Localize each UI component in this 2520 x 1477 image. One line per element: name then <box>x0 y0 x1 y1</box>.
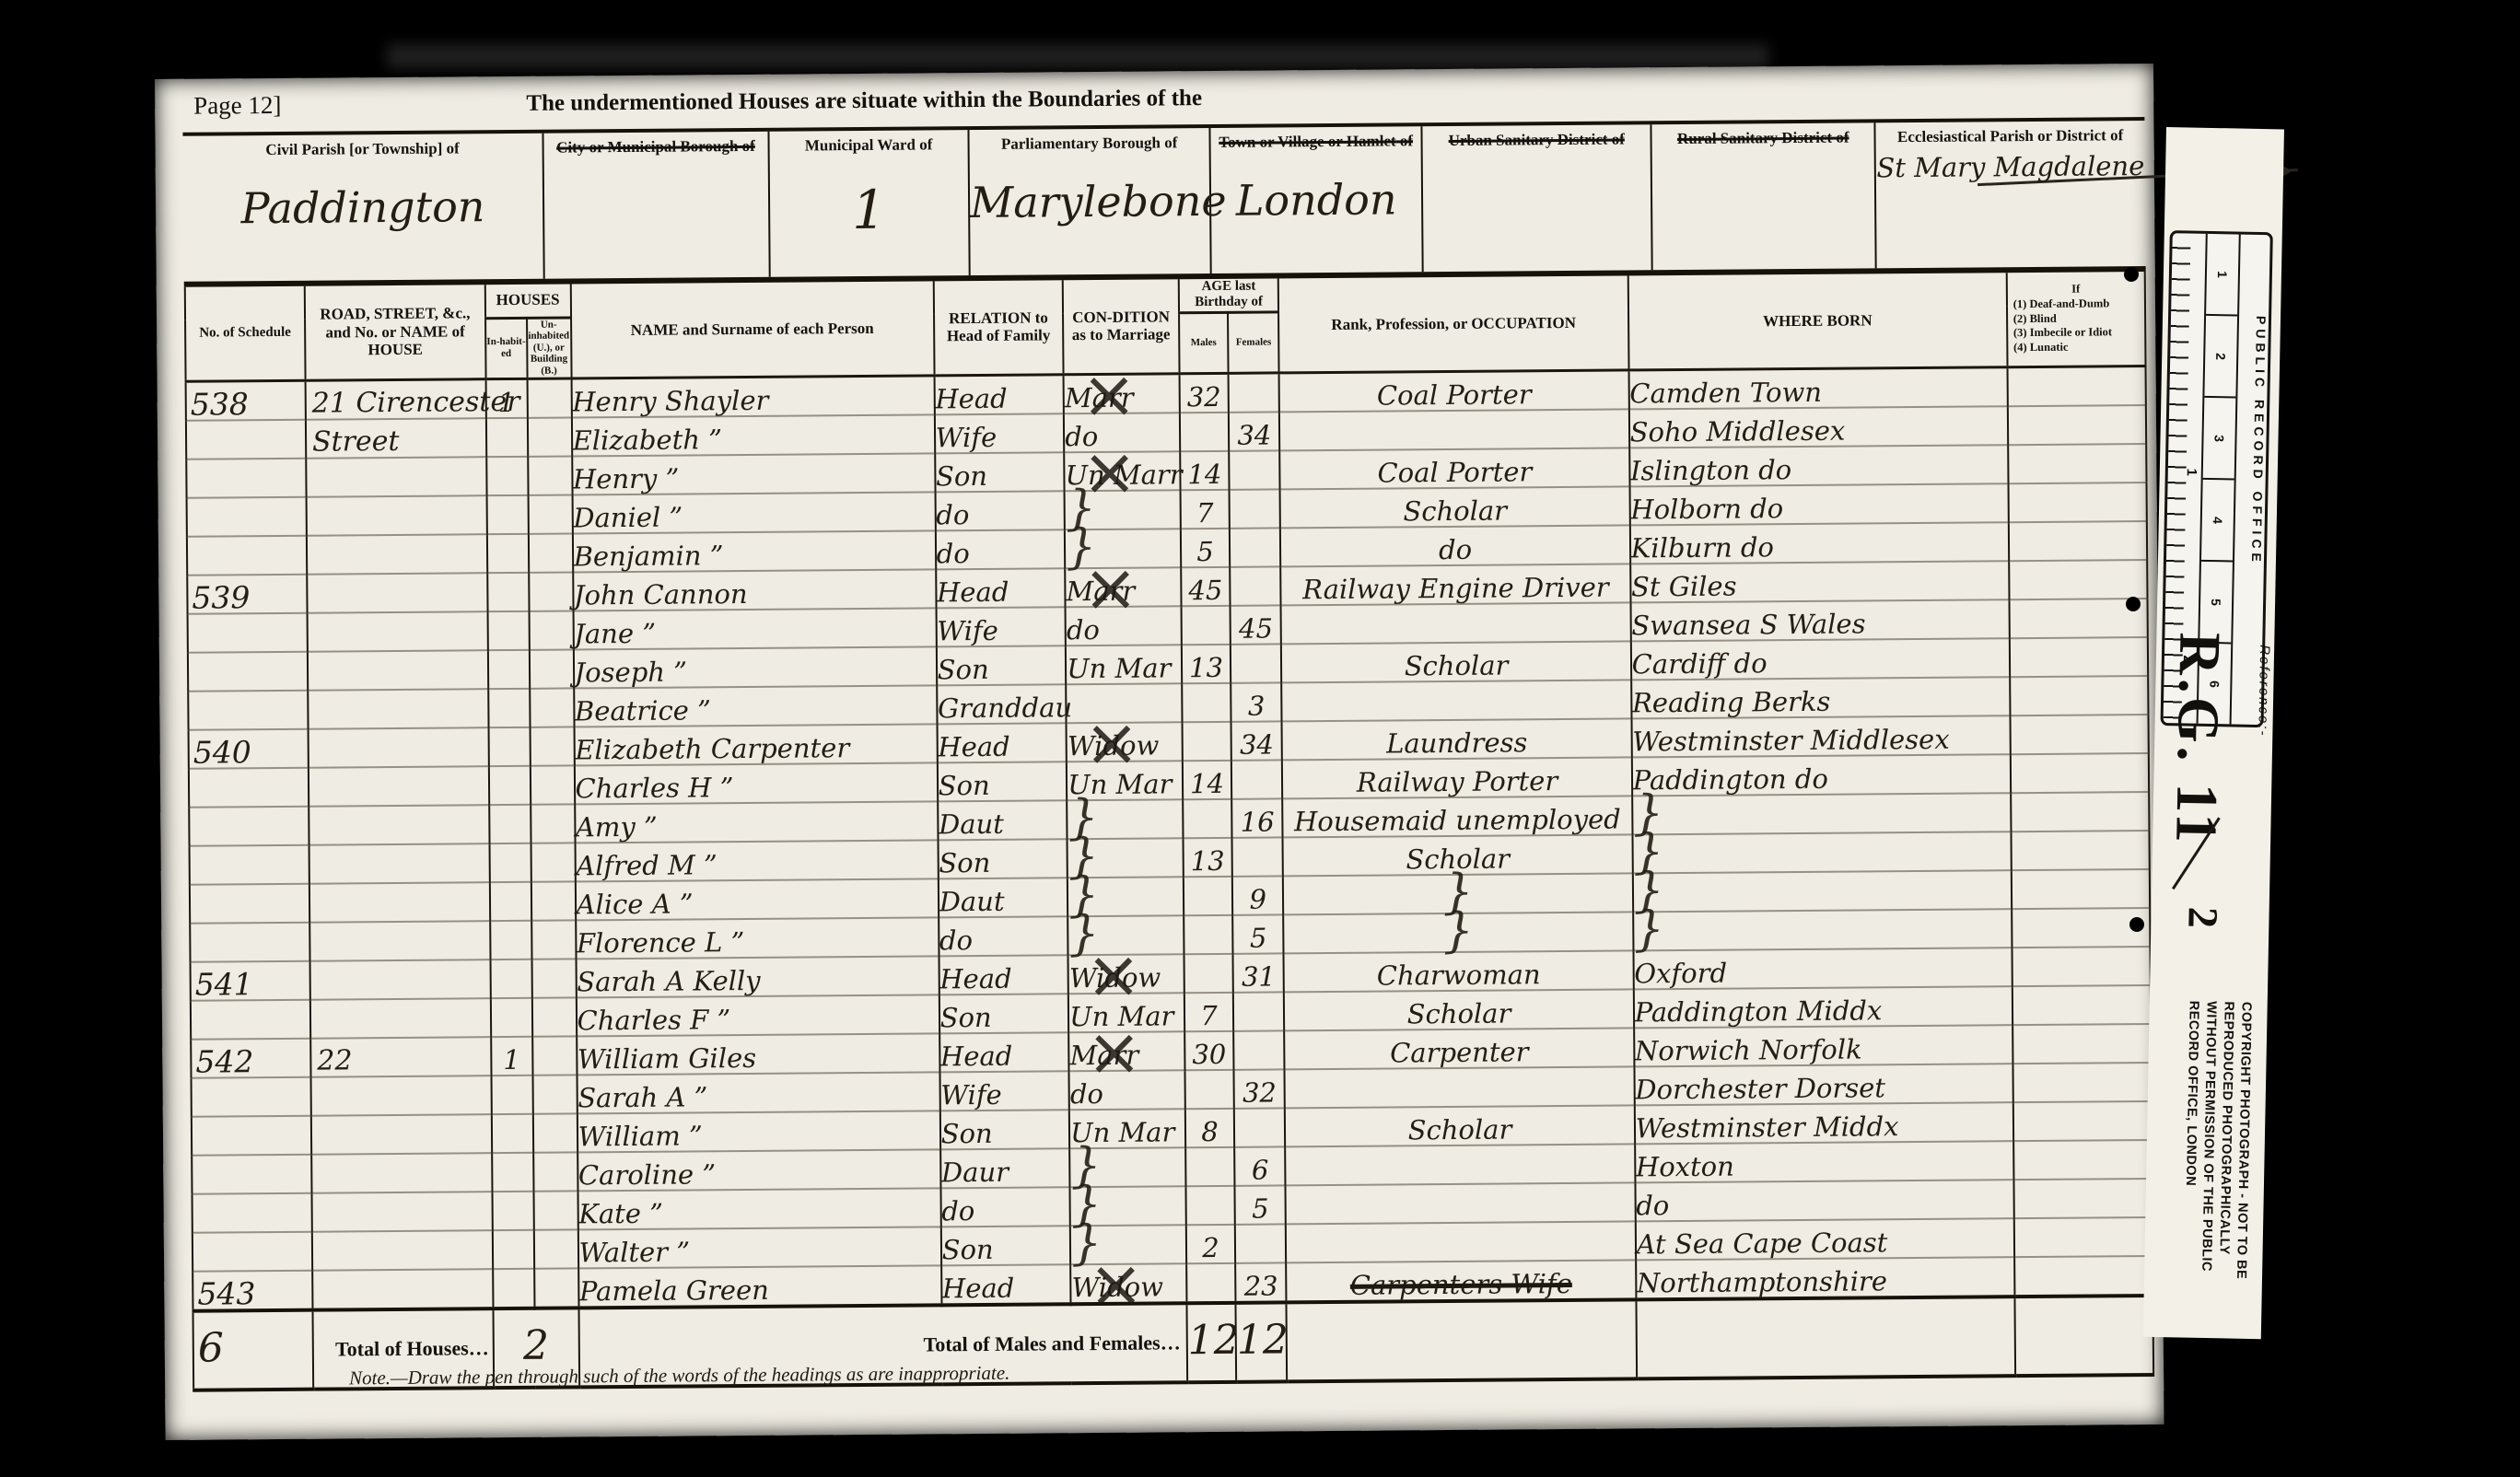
inhabited-cell <box>492 1114 533 1153</box>
name-cell: Kate ” <box>577 1188 940 1229</box>
relation-cell: Daut <box>938 878 1067 917</box>
inhabited-cell <box>490 882 531 921</box>
name-cell: Pamela Green <box>578 1265 941 1308</box>
age-male-cell: 2 <box>1186 1225 1236 1263</box>
relation-cell: do <box>940 1187 1070 1227</box>
age-female-cell <box>1233 992 1285 1030</box>
header-fields: Civil Parish [or Township] of Paddington… <box>182 117 2145 287</box>
municipal-borough-label: City or Municipal Borough of <box>543 137 767 157</box>
uninhabited-cell <box>531 804 575 843</box>
age-female-cell <box>1230 489 1281 528</box>
cm-mark-label: 3 <box>2203 398 2236 481</box>
name-cell: Benjamin ” <box>572 530 935 572</box>
inhabited-cell <box>487 611 529 650</box>
age-female-cell <box>1230 528 1281 566</box>
piece-number: 2 <box>2178 906 2227 928</box>
relation-cell: Head <box>939 955 1068 994</box>
inhabited-cell <box>493 1269 534 1308</box>
schedule-cell: 538 <box>186 380 306 421</box>
inhabited-cell <box>492 1153 533 1192</box>
infirmity-cell <box>2010 676 2149 715</box>
age-male-cell <box>1182 722 1231 761</box>
name-cell: William Giles <box>577 1033 939 1075</box>
age-male-cell <box>1184 1070 1234 1109</box>
condition-cell: do <box>1069 1070 1185 1110</box>
inhabited-cell <box>488 650 530 689</box>
road-cell <box>309 843 489 884</box>
inhabited-cell <box>489 766 531 805</box>
schedule-cell <box>188 651 308 691</box>
col-header-age: AGE last Birthday of <box>1179 278 1279 312</box>
occupation-cell: Coal Porter <box>1280 448 1629 489</box>
ecclesiastical-parish-label: Ecclesiastical Parish or District of <box>1876 126 2145 147</box>
col-header-occupation: Rank, Profession, or OCCUPATION <box>1278 275 1628 372</box>
uninhabited-cell <box>531 881 575 920</box>
born-cell: Norwich Norfolk <box>1634 1025 2012 1066</box>
infirmity-cell <box>2012 1024 2152 1064</box>
occupation-cell <box>1286 1182 1635 1224</box>
name-cell: Florence L ” <box>576 917 939 959</box>
schedule-cell <box>190 922 309 961</box>
inhabited-cell <box>491 998 532 1037</box>
relation-cell: Son <box>940 1226 1070 1265</box>
infirmity-cell <box>2011 831 2150 870</box>
total-schedules: 6 <box>193 1309 314 1390</box>
age-female-cell: 9 <box>1232 876 1284 914</box>
inhabited-cell <box>490 959 531 998</box>
uninhabited-cell <box>529 649 573 688</box>
inhabited-cell <box>490 921 531 959</box>
road-cell <box>311 1153 492 1193</box>
rural-sanitary-value <box>1652 170 1874 172</box>
infirmity-cell <box>2012 1063 2152 1102</box>
uninhabited-cell <box>531 843 575 881</box>
age-male-cell <box>1181 606 1231 645</box>
infirmity-cell <box>2013 1179 2152 1218</box>
road-cell <box>307 534 487 575</box>
inhabited-cell <box>489 805 531 843</box>
road-cell <box>308 689 488 729</box>
relation-cell: Head <box>937 723 1067 762</box>
reference-label: Reference:- <box>2255 645 2272 738</box>
schedule-cell <box>189 767 309 807</box>
uninhabited-cell <box>530 727 574 765</box>
uninhabited-cell <box>527 378 571 418</box>
infirmity-cell <box>2012 869 2151 909</box>
condition-cell: Widow <box>1068 954 1184 994</box>
road-cell <box>312 1230 493 1271</box>
occupation-cell: Housemaid unemployed <box>1283 796 1632 837</box>
age-male-cell: 14 <box>1183 761 1232 799</box>
born-cell: Westminster Middx <box>1634 1102 2012 1144</box>
cm-mark-label: 2 <box>2204 316 2237 399</box>
name-cell: Jane ” <box>573 608 936 649</box>
occupation-cell: do <box>1280 525 1629 566</box>
schedule-cell <box>189 806 309 845</box>
schedule-cell <box>192 1231 312 1271</box>
infirmity-cell <box>2012 947 2151 986</box>
occupation-cell <box>1281 602 1630 644</box>
name-cell: John Cannon <box>573 569 936 611</box>
condition-cell: Un Mar <box>1066 645 1182 684</box>
col-header-relation: RELATION to Head of Family <box>933 280 1063 375</box>
condition-cell: Marr <box>1064 373 1180 413</box>
occupation-cell: Laundress <box>1282 718 1631 760</box>
age-male-cell: 32 <box>1179 373 1229 413</box>
infirmity-cell <box>2010 637 2149 677</box>
inhabited-cell: 1 <box>491 1037 532 1076</box>
uninhabited-cell <box>534 1268 578 1308</box>
schedule-cell <box>186 419 306 459</box>
born-cell: At Sea Cape Coast <box>1635 1218 2013 1260</box>
occupation-cell: Railway Engine Driver <box>1281 564 1630 605</box>
age-male-cell: 5 <box>1181 529 1231 567</box>
cm-mark-label: 1 <box>2206 234 2239 317</box>
age-male-cell: 45 <box>1181 567 1231 606</box>
header-field-civil-parish: Civil Parish [or Township] of Paddington <box>182 134 544 282</box>
schedule-cell <box>192 1115 311 1155</box>
born-cell: } <box>1632 832 2011 873</box>
age-male-cell: 30 <box>1184 1031 1234 1070</box>
age-male-cell <box>1182 683 1231 722</box>
infirmity-cell <box>2009 521 2148 561</box>
infirmity-line: (1) Deaf-and-Dumb <box>2008 297 2144 312</box>
schedule-cell: 540 <box>189 728 309 768</box>
condition-cell: do <box>1066 606 1182 645</box>
schedule-cell <box>191 999 310 1039</box>
uninhabited-cell <box>528 417 572 456</box>
uninhabited-cell <box>532 1113 577 1152</box>
born-cell: do <box>1635 1180 2013 1221</box>
occupation-cell <box>1282 680 1631 721</box>
name-cell: Sarah A ” <box>577 1072 939 1113</box>
infirmity-cell <box>2008 444 2147 483</box>
age-female-cell <box>1230 566 1281 605</box>
road-cell <box>309 959 490 1000</box>
born-cell: } <box>1633 909 2012 950</box>
parliamentary-borough-value: Marylebone <box>970 176 1209 227</box>
schedule-cell <box>192 1154 311 1193</box>
schedule-cell: 543 <box>192 1270 312 1310</box>
relation-cell: Daut <box>938 800 1067 840</box>
name-cell: Charles H ” <box>574 762 937 804</box>
infirmity-cell <box>2014 1217 2153 1257</box>
schedule-cell <box>190 883 309 923</box>
parliamentary-borough-label: Parliamentary Borough of <box>970 134 1209 154</box>
relation-cell: Daur <box>940 1148 1070 1188</box>
age-male-cell: 8 <box>1185 1109 1235 1147</box>
scan-smudge <box>387 44 1768 68</box>
infirmity-cell <box>2009 560 2148 599</box>
name-cell: Alfred M ” <box>575 840 938 881</box>
infirmity-cell <box>2011 792 2150 832</box>
road-cell <box>306 495 486 536</box>
uninhabited-cell <box>529 611 573 649</box>
hole-punch-dot <box>2124 267 2139 282</box>
name-cell: Daniel ” <box>572 492 935 533</box>
col-header-inhabited: In-habit-ed <box>485 318 527 379</box>
col-header-born: WHERE BORN <box>1627 273 2007 369</box>
uninhabited-cell <box>532 1075 577 1113</box>
born-cell: Hoxton <box>1635 1141 2013 1182</box>
name-cell: Beatrice ” <box>574 685 937 727</box>
born-cell: Reading Berks <box>1631 677 2010 718</box>
col-header-females: Females <box>1228 311 1279 373</box>
born-cell: Northamptonshire <box>1636 1257 2014 1299</box>
condition-cell: Marr <box>1065 567 1181 607</box>
name-cell: William ” <box>577 1111 939 1152</box>
occupation-cell: Scholar <box>1285 1105 1634 1146</box>
occupation-cell: Scholar <box>1284 989 1633 1030</box>
age-male-cell: 13 <box>1183 838 1232 877</box>
road-cell: 22 <box>310 1037 491 1077</box>
schedule-cell <box>187 535 307 575</box>
age-male-cell <box>1183 799 1232 838</box>
page-number-label: Page 12] <box>193 91 281 121</box>
age-male-cell <box>1184 915 1233 954</box>
age-female-cell <box>1229 450 1280 489</box>
municipal-ward-value: 1 <box>770 178 969 242</box>
col-header-infirmity: If (1) Deaf-and-Dumb (2) Blind (3) Imbec… <box>2006 272 2145 366</box>
relation-cell: Wife <box>939 1071 1069 1111</box>
infirmity-cell <box>2010 715 2149 754</box>
infirmity-line: (4) Lunatic <box>2008 340 2144 355</box>
road-cell <box>311 1192 492 1232</box>
relation-cell: do <box>935 491 1065 530</box>
infirmity-line: (2) Blind <box>2008 311 2144 327</box>
age-male-cell <box>1184 877 1233 915</box>
uninhabited-cell <box>528 533 572 572</box>
inhabited-cell <box>487 573 529 611</box>
relation-cell: do <box>935 529 1065 569</box>
road-cell <box>308 650 488 691</box>
header-field-urban-sanitary: Urban Sanitary District of <box>1423 124 1653 272</box>
occupation-cell: Carpenter <box>1285 1028 1634 1069</box>
inhabited-cell <box>486 418 528 457</box>
name-cell: Elizabeth Carpenter <box>574 724 937 765</box>
uninhabited-cell <box>529 572 573 611</box>
header-field-parliamentary-borough: Parliamentary Borough of Marylebone <box>970 128 1212 275</box>
road-cell <box>309 766 489 807</box>
condition-cell: Widow <box>1067 722 1183 762</box>
name-cell: Amy ” <box>575 801 938 843</box>
col-header-name: NAME and Surname of each Person <box>570 281 934 378</box>
cm-mark-label: 4 <box>2201 480 2234 563</box>
inhabited-cell <box>492 1192 533 1230</box>
uninhabited-cell <box>528 456 572 494</box>
civil-parish-label: Civil Parish [or Township] of <box>183 139 542 160</box>
header-field-town-village: Town or Village or Hamlet of London <box>1211 126 1424 273</box>
name-cell: Caroline ” <box>577 1149 940 1191</box>
uninhabited-cell <box>530 765 574 804</box>
road-cell <box>308 727 488 768</box>
born-cell: Islington do <box>1629 445 2008 486</box>
born-cell: Camden Town <box>1628 366 2007 409</box>
road-cell <box>307 573 487 613</box>
born-cell: Cardiff do <box>1630 638 2009 680</box>
relation-cell: Son <box>939 994 1068 1033</box>
schedule-cell <box>186 458 306 497</box>
name-cell: Alice A ” <box>575 878 938 920</box>
born-cell: Dorchester Dorset <box>1634 1064 2012 1105</box>
relation-cell: Granddau <box>937 684 1067 724</box>
name-cell: Sarah A Kelly <box>576 956 939 997</box>
hole-punch-dot <box>2129 917 2144 932</box>
schedule-cell: 541 <box>191 960 310 1000</box>
form-heading: The undermentioned Houses are situate wi… <box>505 86 1223 117</box>
uninhabited-cell <box>531 959 576 997</box>
age-male-cell: 14 <box>1180 451 1230 490</box>
header-field-rural-sanitary: Rural Sanitary District of <box>1652 122 1877 270</box>
col-header-road: ROAD, STREET, &c., and No. or NAME of HO… <box>305 285 486 380</box>
age-female-cell: 45 <box>1231 605 1282 644</box>
road-cell <box>306 457 486 497</box>
occupation-cell: Scholar <box>1280 486 1629 528</box>
born-cell: Holborn do <box>1629 483 2008 525</box>
col-header-males: Males <box>1179 312 1229 374</box>
inhabited-cell <box>488 689 530 727</box>
uninhabited-cell <box>533 1229 577 1268</box>
relation-cell: Son <box>939 1110 1069 1149</box>
name-cell: Elizabeth ” <box>571 414 934 456</box>
record-office-strip: 1 2 1 2 3 4 5 6 PUBLIC RECORD OFFICE R.G… <box>2143 127 2284 1339</box>
municipal-ward-label: Municipal Ward of <box>769 135 967 156</box>
urban-sanitary-label: Urban Sanitary District of <box>1423 130 1651 150</box>
road-cell: Street <box>306 418 486 459</box>
uninhabited-cell <box>528 494 572 533</box>
road-cell <box>307 611 487 652</box>
relation-cell: Head <box>934 374 1064 414</box>
inhabited-cell <box>489 843 531 882</box>
age-female-cell <box>1231 760 1283 798</box>
born-cell: } <box>1632 793 2011 834</box>
total-females: 12 <box>1236 1302 1288 1381</box>
born-cell: Oxford <box>1633 948 2012 989</box>
uninhabited-cell <box>532 1036 577 1075</box>
relation-cell: Son <box>936 645 1066 685</box>
infirmity-cell <box>2008 483 2147 522</box>
col-header-schedule: No. of Schedule <box>185 286 306 381</box>
age-female-cell <box>1232 837 1284 876</box>
inhabited-cell <box>487 534 529 573</box>
inch-mark-label: 1 <box>2184 468 2199 476</box>
relation-cell: Head <box>936 568 1066 608</box>
condition-cell: Marr <box>1068 1031 1184 1071</box>
inhabited-cell <box>488 727 530 766</box>
age-male-cell: 13 <box>1182 645 1231 683</box>
infirmity-cell <box>2007 366 2146 406</box>
age-female-cell: 16 <box>1231 798 1283 837</box>
census-page: Page 12] The undermentioned Houses are s… <box>155 64 2164 1440</box>
occupation-cell: } <box>1284 912 1633 953</box>
infirmity-line: (3) Imbecile or Idiot <box>2008 325 2144 341</box>
age-female-cell <box>1231 644 1282 682</box>
born-cell: Kilburn do <box>1629 522 2008 564</box>
infirmity-line: If <box>2008 282 2144 297</box>
occupation-cell <box>1286 1221 1635 1262</box>
town-village-value: London <box>1211 174 1421 226</box>
inhabited-cell <box>493 1230 534 1269</box>
schedule-cell <box>192 1076 311 1116</box>
schedule-cell <box>188 690 308 729</box>
age-female-cell: 32 <box>1234 1069 1286 1108</box>
copyright-stamp: COPYRIGHT PHOTOGRAPH - NOT TO BE REPRODU… <box>2178 1001 2254 1308</box>
infirmity-cell <box>2008 405 2147 445</box>
uninhabited-cell <box>533 1152 577 1191</box>
age-female-cell <box>1229 373 1280 413</box>
born-cell: St Giles <box>1630 561 2009 602</box>
hole-punch-dot <box>2126 597 2141 611</box>
age-male-cell <box>1180 413 1230 451</box>
occupation-cell: Scholar <box>1281 641 1630 682</box>
uninhabited-cell <box>531 920 576 959</box>
occupation-cell: Coal Porter <box>1279 370 1628 412</box>
rural-sanitary-label: Rural Sanitary District of <box>1652 128 1874 148</box>
born-cell: } <box>1632 870 2011 912</box>
born-cell: Soho Middlesex <box>1628 406 2007 448</box>
age-female-cell: 5 <box>1232 914 1284 953</box>
name-cell: Charles F ” <box>576 994 939 1036</box>
schedule-cell <box>192 1192 312 1232</box>
infirmity-cell <box>2012 985 2152 1025</box>
road-cell: 21 Cirencester <box>305 378 485 419</box>
age-male-cell: 7 <box>1180 490 1230 529</box>
name-cell: Henry ” <box>572 453 935 494</box>
schedule-cell <box>187 496 307 536</box>
age-male-cell: 7 <box>1184 993 1234 1031</box>
road-cell <box>310 998 491 1039</box>
born-cell: Westminster Middlesex <box>1631 715 2010 757</box>
infirmity-cell <box>2013 1101 2152 1141</box>
age-male-cell <box>1184 954 1233 993</box>
header-field-ecclesiastical-parish: Ecclesiastical Parish or District of St … <box>1876 121 2146 268</box>
header-field-municipal-ward: Municipal Ward of 1 <box>769 130 970 277</box>
infirmity-cell <box>2011 753 2150 793</box>
born-cell: Paddington Middx <box>1633 986 2012 1028</box>
urban-sanitary-value <box>1423 172 1651 174</box>
occupation-cell <box>1279 409 1628 450</box>
born-cell: Swansea S Wales <box>1630 599 2009 641</box>
age-female-cell: 3 <box>1231 682 1282 721</box>
relation-cell: do <box>939 916 1068 956</box>
uninhabited-cell <box>531 997 576 1036</box>
col-header-houses: HOUSES <box>485 284 571 318</box>
age-female-cell <box>1235 1224 1287 1262</box>
relation-cell: Son <box>935 452 1065 492</box>
condition-cell: Widow <box>1070 1263 1186 1304</box>
relation-cell: Wife <box>936 607 1066 646</box>
age-female-cell: 6 <box>1234 1146 1286 1185</box>
road-cell <box>312 1269 493 1310</box>
relation-cell: Head <box>941 1264 1071 1305</box>
relation-cell: Son <box>938 839 1067 878</box>
age-female-cell: 34 <box>1231 721 1283 760</box>
road-cell <box>310 1076 491 1116</box>
relation-cell: Head <box>939 1032 1069 1072</box>
uninhabited-cell <box>530 688 574 727</box>
age-female-cell <box>1234 1108 1286 1146</box>
age-female-cell: 34 <box>1229 412 1280 450</box>
name-cell: Joseph ” <box>573 646 936 688</box>
name-cell: Henry Shayler <box>571 376 934 418</box>
age-female-cell <box>1233 1030 1285 1069</box>
inhabited-cell <box>486 457 528 495</box>
uninhabited-cell <box>533 1191 577 1229</box>
municipal-borough-value <box>544 180 768 181</box>
occupation-cell: Railway Porter <box>1282 757 1631 798</box>
series-reference: R.G. 11 <box>2162 632 2234 847</box>
road-cell <box>309 805 489 845</box>
